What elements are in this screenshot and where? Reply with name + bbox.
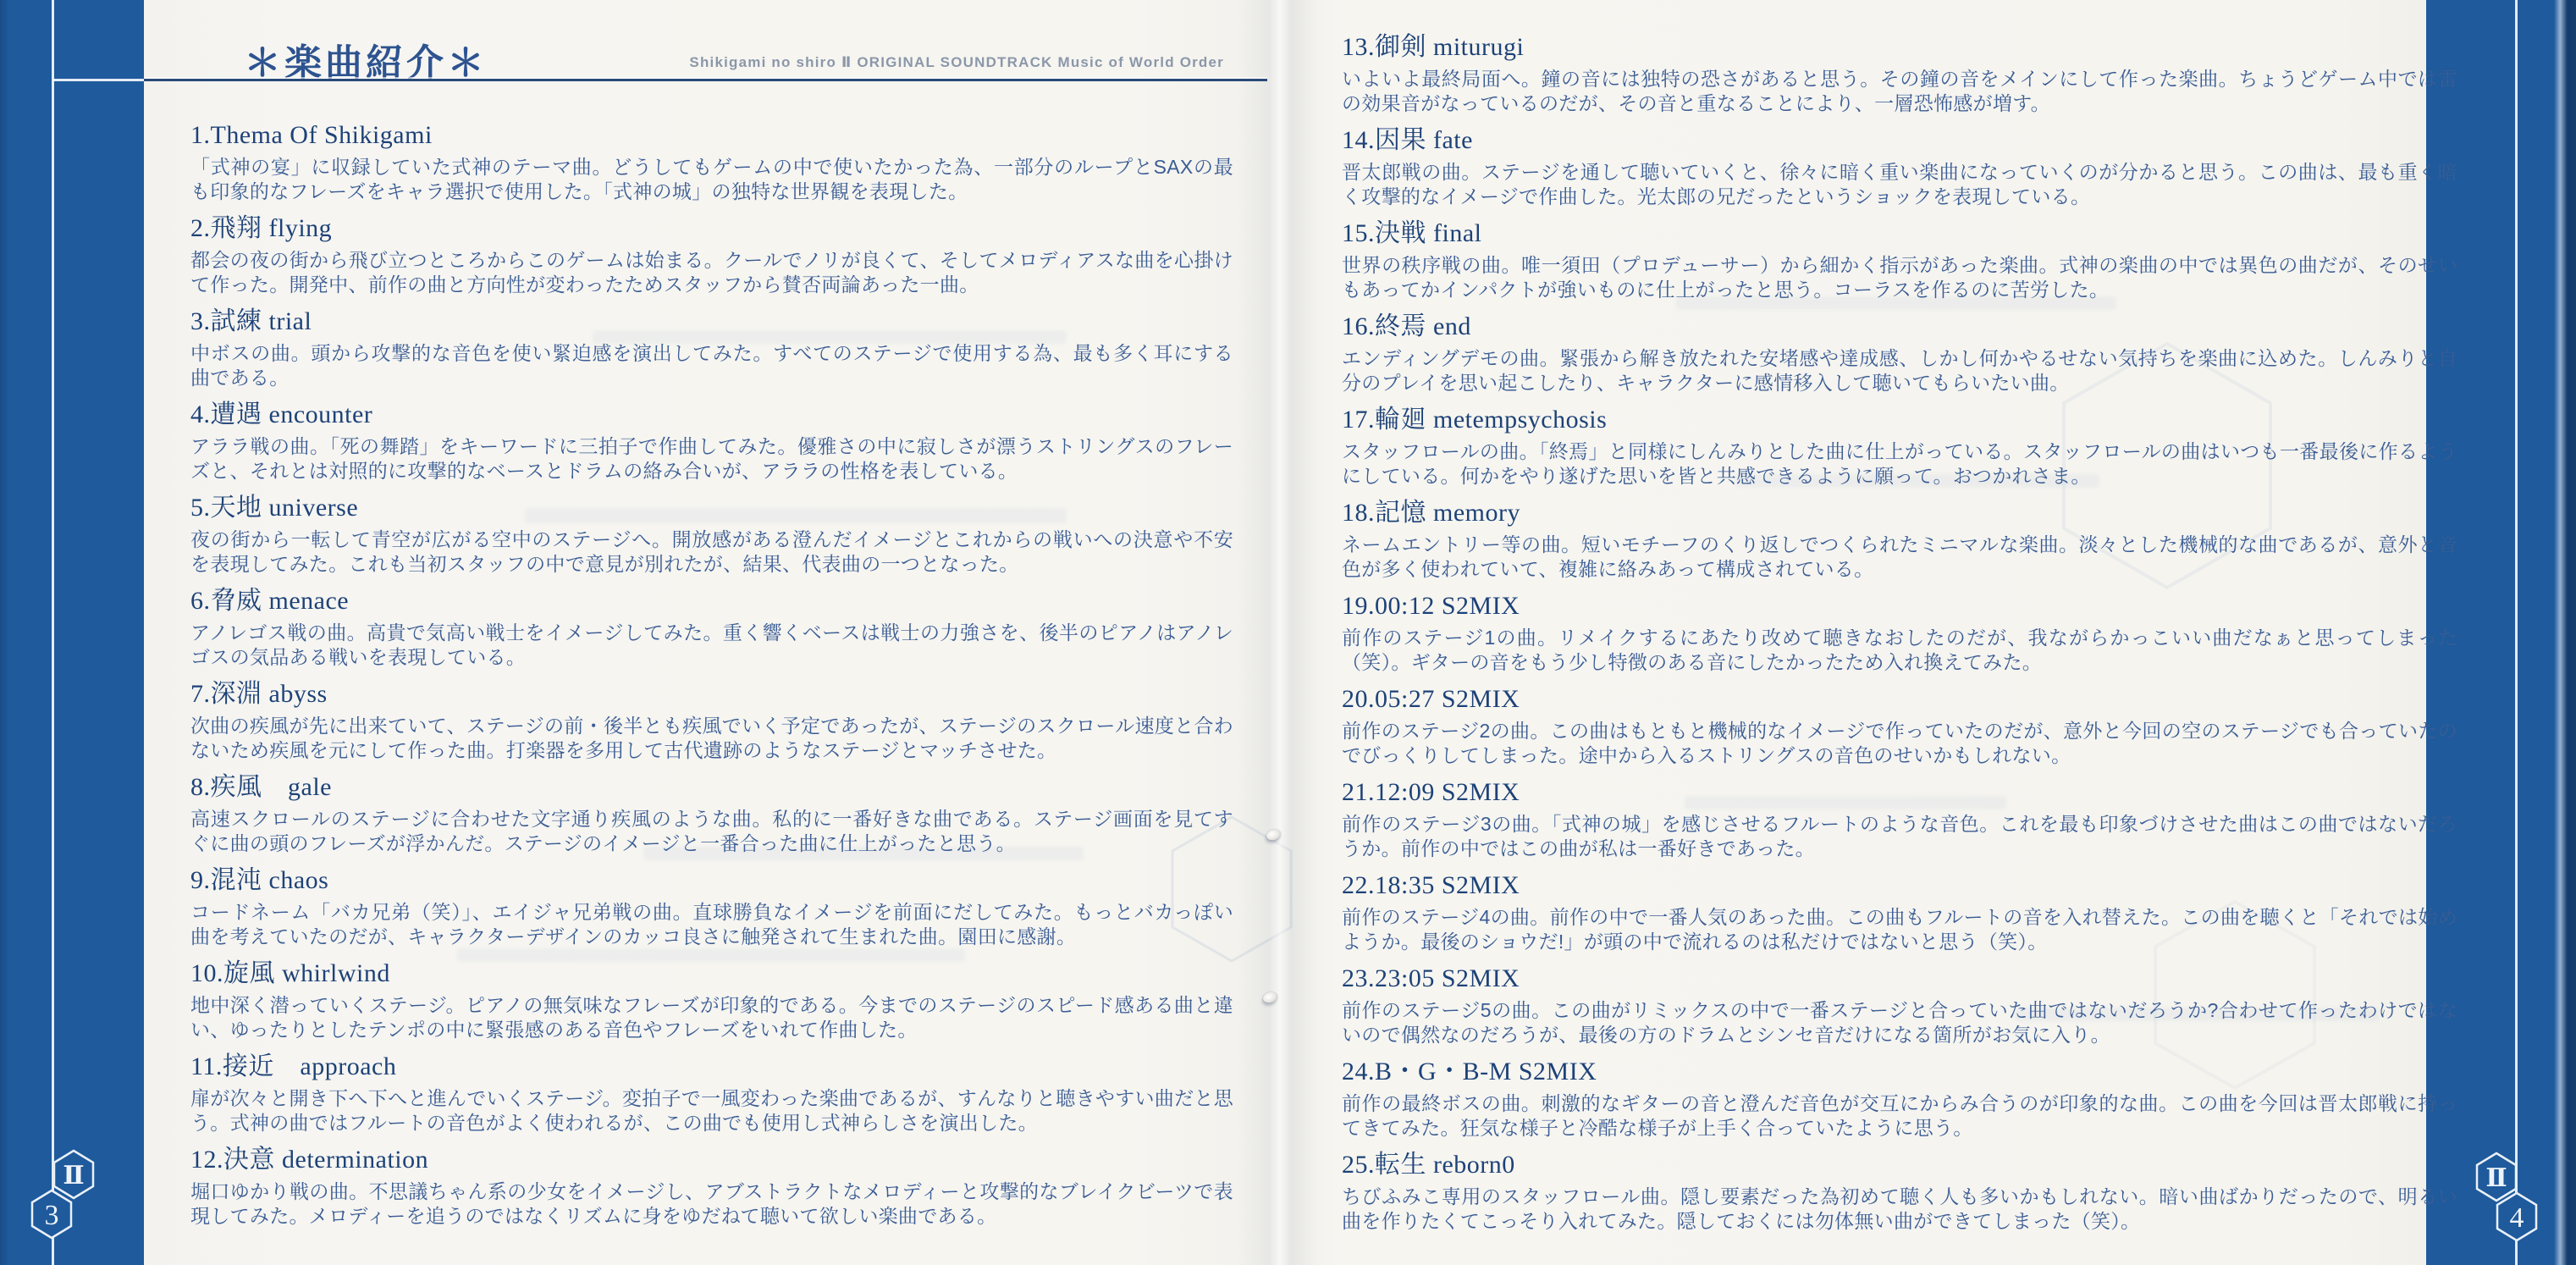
album-subtitle: Shikigami no shiro Ⅱ ORIGINAL SOUNDTRACK…: [584, 54, 1224, 71]
page-number: 4: [2510, 1202, 2524, 1234]
left-margin-vertical-line: [52, 0, 54, 1265]
left-page-edge-shade: [0, 0, 8, 1265]
track-title: 3.試練 trial: [190, 307, 1233, 337]
track-item: 20.05:27 S2MIX 前作のステージ2の曲。この曲はもともと機械的なイメ…: [1342, 684, 2457, 768]
track-description: 前作のステージ4の曲。前作の中で一番人気のあった曲。この曲もフルートの音を入れ替…: [1342, 905, 2457, 954]
track-item: 24.B・G・B-M S2MIX 前作の最終ボスの曲。刺激的なギターの音と澄んだ…: [1342, 1057, 2457, 1141]
track-list-right: 13.御剣 miturugi いよいよ最終局面へ。鐘の音には独特の恐さがあると思…: [1342, 32, 2457, 1243]
track-item: 18.記憶 memory ネームエントリー等の曲。短いモチーフのくり返しでつくら…: [1342, 498, 2457, 582]
track-title: 2.飛翔 flying: [190, 213, 1233, 244]
track-description: 都会の夜の街から飛び立つところからこのゲームは始まる。クールでノリが良くて、そし…: [190, 248, 1233, 297]
track-description: 晋太郎戦の曲。ステージを通して聴いていくと、徐々に暗く重い楽曲になっていくのが分…: [1342, 160, 2457, 209]
track-item: 13.御剣 miturugi いよいよ最終局面へ。鐘の音には独特の恐さがあると思…: [1342, 32, 2457, 116]
header-rule: [144, 79, 1267, 81]
track-title: 21.12:09 S2MIX: [1342, 777, 2457, 808]
track-title: 23.23:05 S2MIX: [1342, 964, 2457, 994]
track-title: 16.終焉 end: [1342, 312, 2457, 342]
booklet-spread: ＊楽曲紹介＊ Shikigami no shiro Ⅱ ORIGINAL SOU…: [0, 0, 2576, 1265]
track-title: 9.混沌 chaos: [190, 865, 1233, 896]
left-blue-margin: [0, 0, 144, 1265]
track-title: 6.脅威 menace: [190, 586, 1233, 616]
header-rule-margin-segment: [53, 79, 144, 81]
track-description: アノレゴス戦の曲。高貴で気高い戦士をイメージしてみた。重く響くベースは戦士の力強…: [190, 621, 1233, 670]
track-item: 10.旋風 whirlwind 地中深く潜っていくステージ。ピアノの無気味なフレ…: [190, 958, 1233, 1042]
track-description: 地中深く潜っていくステージ。ピアノの無気味なフレーズが印象的である。今までのステ…: [190, 993, 1233, 1042]
track-title: 8.疾風 gale: [190, 772, 1233, 803]
track-item: 1.Thema Of Shikigami 「式神の宴」に収録していた式神のテーマ…: [190, 120, 1233, 204]
track-title: 22.18:35 S2MIX: [1342, 870, 2457, 901]
track-item: 25.転生 reborn0 ちびふみこ専用のスタッフロール曲。隠し要素だった為初…: [1342, 1150, 2457, 1234]
track-description: 前作のステージ3の曲。「式神の城」を感じさせるフルートのような音色。これを最も印…: [1342, 812, 2457, 861]
track-item: 7.深淵 abyss 次曲の疾風が先に出来ていて、ステージの前・後半とも疾風でい…: [190, 679, 1233, 763]
track-item: 4.遭遇 encounter アララ戦の曲。「死の舞踏」をキーワードに三拍子で作…: [190, 400, 1233, 483]
track-description: 前作のステージ5の曲。この曲がリミックスの中で一番ステージと合っていた曲ではない…: [1342, 998, 2457, 1047]
track-item: 11.接近 approach 扉が次々と開き下へ下へと進んでいくステージ。変拍子…: [190, 1052, 1233, 1135]
track-item: 14.因果 fate 晋太郎戦の曲。ステージを通して聴いていくと、徐々に暗く重い…: [1342, 125, 2457, 209]
track-title: 24.B・G・B-M S2MIX: [1342, 1057, 2457, 1087]
track-title: 11.接近 approach: [190, 1052, 1233, 1082]
track-description: 夜の街から一転して青空が広がる空中のステージへ。開放感がある澄んだイメージとこれ…: [190, 528, 1233, 577]
track-item: 3.試練 trial 中ボスの曲。頭から攻撃的な音色を使い緊迫感を演出してみた。…: [190, 307, 1233, 390]
track-title: 17.輪廻 metempsychosis: [1342, 405, 2457, 435]
track-description: 堀口ゆかり戦の曲。不思議ちゃん系の少女をイメージし、アブストラクトなメロディーと…: [190, 1179, 1233, 1229]
track-description: いよいよ最終局面へ。鐘の音には独特の恐さがあると思う。その鐘の音をメインにして作…: [1342, 67, 2457, 116]
track-title: 20.05:27 S2MIX: [1342, 684, 2457, 715]
track-description: 高速スクロールのステージに合わせた文字通り疾風のような曲。私的に一番好きな曲であ…: [190, 807, 1233, 856]
track-title: 19.00:12 S2MIX: [1342, 591, 2457, 621]
track-description: 世界の秩序戦の曲。唯一須田（プロデューサー）から細かく指示があった楽曲。式神の楽…: [1342, 253, 2457, 302]
track-description: ちびふみこ専用のスタッフロール曲。隠し要素だった為初めて聴く人も多いかもしれない…: [1342, 1185, 2457, 1234]
right-page-edge-shade: [2554, 0, 2576, 1265]
track-item: 22.18:35 S2MIX 前作のステージ4の曲。前作の中で一番人気のあった曲…: [1342, 870, 2457, 954]
track-description: アララ戦の曲。「死の舞踏」をキーワードに三拍子で作曲してみた。優雅さの中に寂しさ…: [190, 434, 1233, 483]
page-number-badge-right: Ⅱ 4: [2457, 1143, 2551, 1265]
track-description: 中ボスの曲。頭から攻撃的な音色を使い緊迫感を演出してみた。すべてのステージで使用…: [190, 341, 1233, 390]
track-item: 15.決戦 final 世界の秩序戦の曲。唯一須田（プロデューサー）から細かく指…: [1342, 218, 2457, 302]
track-title: 1.Thema Of Shikigami: [190, 120, 1233, 151]
track-description: 「式神の宴」に収録していた式神のテーマ曲。どうしてもゲームの中で使いたかった為、…: [190, 155, 1233, 204]
track-item: 9.混沌 chaos コードネーム「バカ兄弟（笑）」、エイジャ兄弟戦の曲。直球勝…: [190, 865, 1233, 949]
page-number-badge-left: Ⅱ 3: [15, 1140, 100, 1265]
track-description: 次曲の疾風が先に出来ていて、ステージの前・後半とも疾風でいく予定であったが、ステ…: [190, 714, 1233, 763]
track-title: 14.因果 fate: [1342, 125, 2457, 156]
track-title: 15.決戦 final: [1342, 218, 2457, 249]
track-item: 5.天地 universe 夜の街から一転して青空が広がる空中のステージへ。開放…: [190, 493, 1233, 577]
track-item: 16.終焉 end エンディングデモの曲。緊張から解き放たれた安堵感や達成感、し…: [1342, 312, 2457, 395]
track-description: ネームエントリー等の曲。短いモチーフのくり返しでつくられたミニマルな楽曲。淡々と…: [1342, 533, 2457, 582]
track-description: 前作の最終ボスの曲。刺激的なギターの音と澄んだ音色が交互にからみ合うのが印象的な…: [1342, 1091, 2457, 1141]
track-item: 21.12:09 S2MIX 前作のステージ3の曲。「式神の城」を感じさせるフル…: [1342, 777, 2457, 861]
track-item: 8.疾風 gale 高速スクロールのステージに合わせた文字通り疾風のような曲。私…: [190, 772, 1233, 856]
page-number: 3: [45, 1200, 59, 1231]
track-list-left: 1.Thema Of Shikigami 「式神の宴」に収録していた式神のテーマ…: [190, 120, 1233, 1238]
volume-roman-numeral: Ⅱ: [2485, 1164, 2507, 1192]
track-title: 10.旋風 whirlwind: [190, 958, 1233, 989]
center-fold-crease: [1238, 0, 1319, 1265]
track-title: 4.遭遇 encounter: [190, 400, 1233, 430]
track-title: 12.決意 determination: [190, 1145, 1233, 1175]
track-title: 13.御剣 miturugi: [1342, 32, 2457, 63]
volume-roman-numeral: Ⅱ: [63, 1162, 84, 1190]
track-description: 前作のステージ2の曲。この曲はもともと機械的なイメージで作っていたのだが、意外と…: [1342, 719, 2457, 768]
track-description: スタッフロールの曲。「終焉」と同様にしんみりとした曲に仕上がっている。スタッフロ…: [1342, 439, 2457, 489]
track-title: 7.深淵 abyss: [190, 679, 1233, 710]
track-description: エンディングデモの曲。緊張から解き放たれた安堵感や達成感、しかし何かやるせない気…: [1342, 346, 2457, 395]
track-item: 12.決意 determination 堀口ゆかり戦の曲。不思議ちゃん系の少女を…: [190, 1145, 1233, 1229]
track-description: コードネーム「バカ兄弟（笑）」、エイジャ兄弟戦の曲。直球勝負なイメージを前面にだ…: [190, 900, 1233, 949]
track-description: 扉が次々と開き下へ下へと進んでいくステージ。変拍子で一風変わった楽曲であるが、す…: [190, 1086, 1233, 1135]
track-item: 2.飛翔 flying 都会の夜の街から飛び立つところからこのゲームは始まる。ク…: [190, 213, 1233, 297]
track-item: 6.脅威 menace アノレゴス戦の曲。高貴で気高い戦士をイメージしてみた。重…: [190, 586, 1233, 670]
right-margin-vertical-line: [2515, 0, 2518, 1265]
track-title: 25.転生 reborn0: [1342, 1150, 2457, 1180]
track-title: 5.天地 universe: [190, 493, 1233, 523]
track-description: 前作のステージ1の曲。リメイクするにあたり改めて聴きなおしたのだが、我ながらかっ…: [1342, 626, 2457, 675]
track-item: 17.輪廻 metempsychosis スタッフロールの曲。「終焉」と同様にし…: [1342, 405, 2457, 489]
track-title: 18.記憶 memory: [1342, 498, 2457, 528]
track-item: 23.23:05 S2MIX 前作のステージ5の曲。この曲がリミックスの中で一番…: [1342, 964, 2457, 1047]
track-item: 19.00:12 S2MIX 前作のステージ1の曲。リメイクするにあたり改めて聴…: [1342, 591, 2457, 675]
